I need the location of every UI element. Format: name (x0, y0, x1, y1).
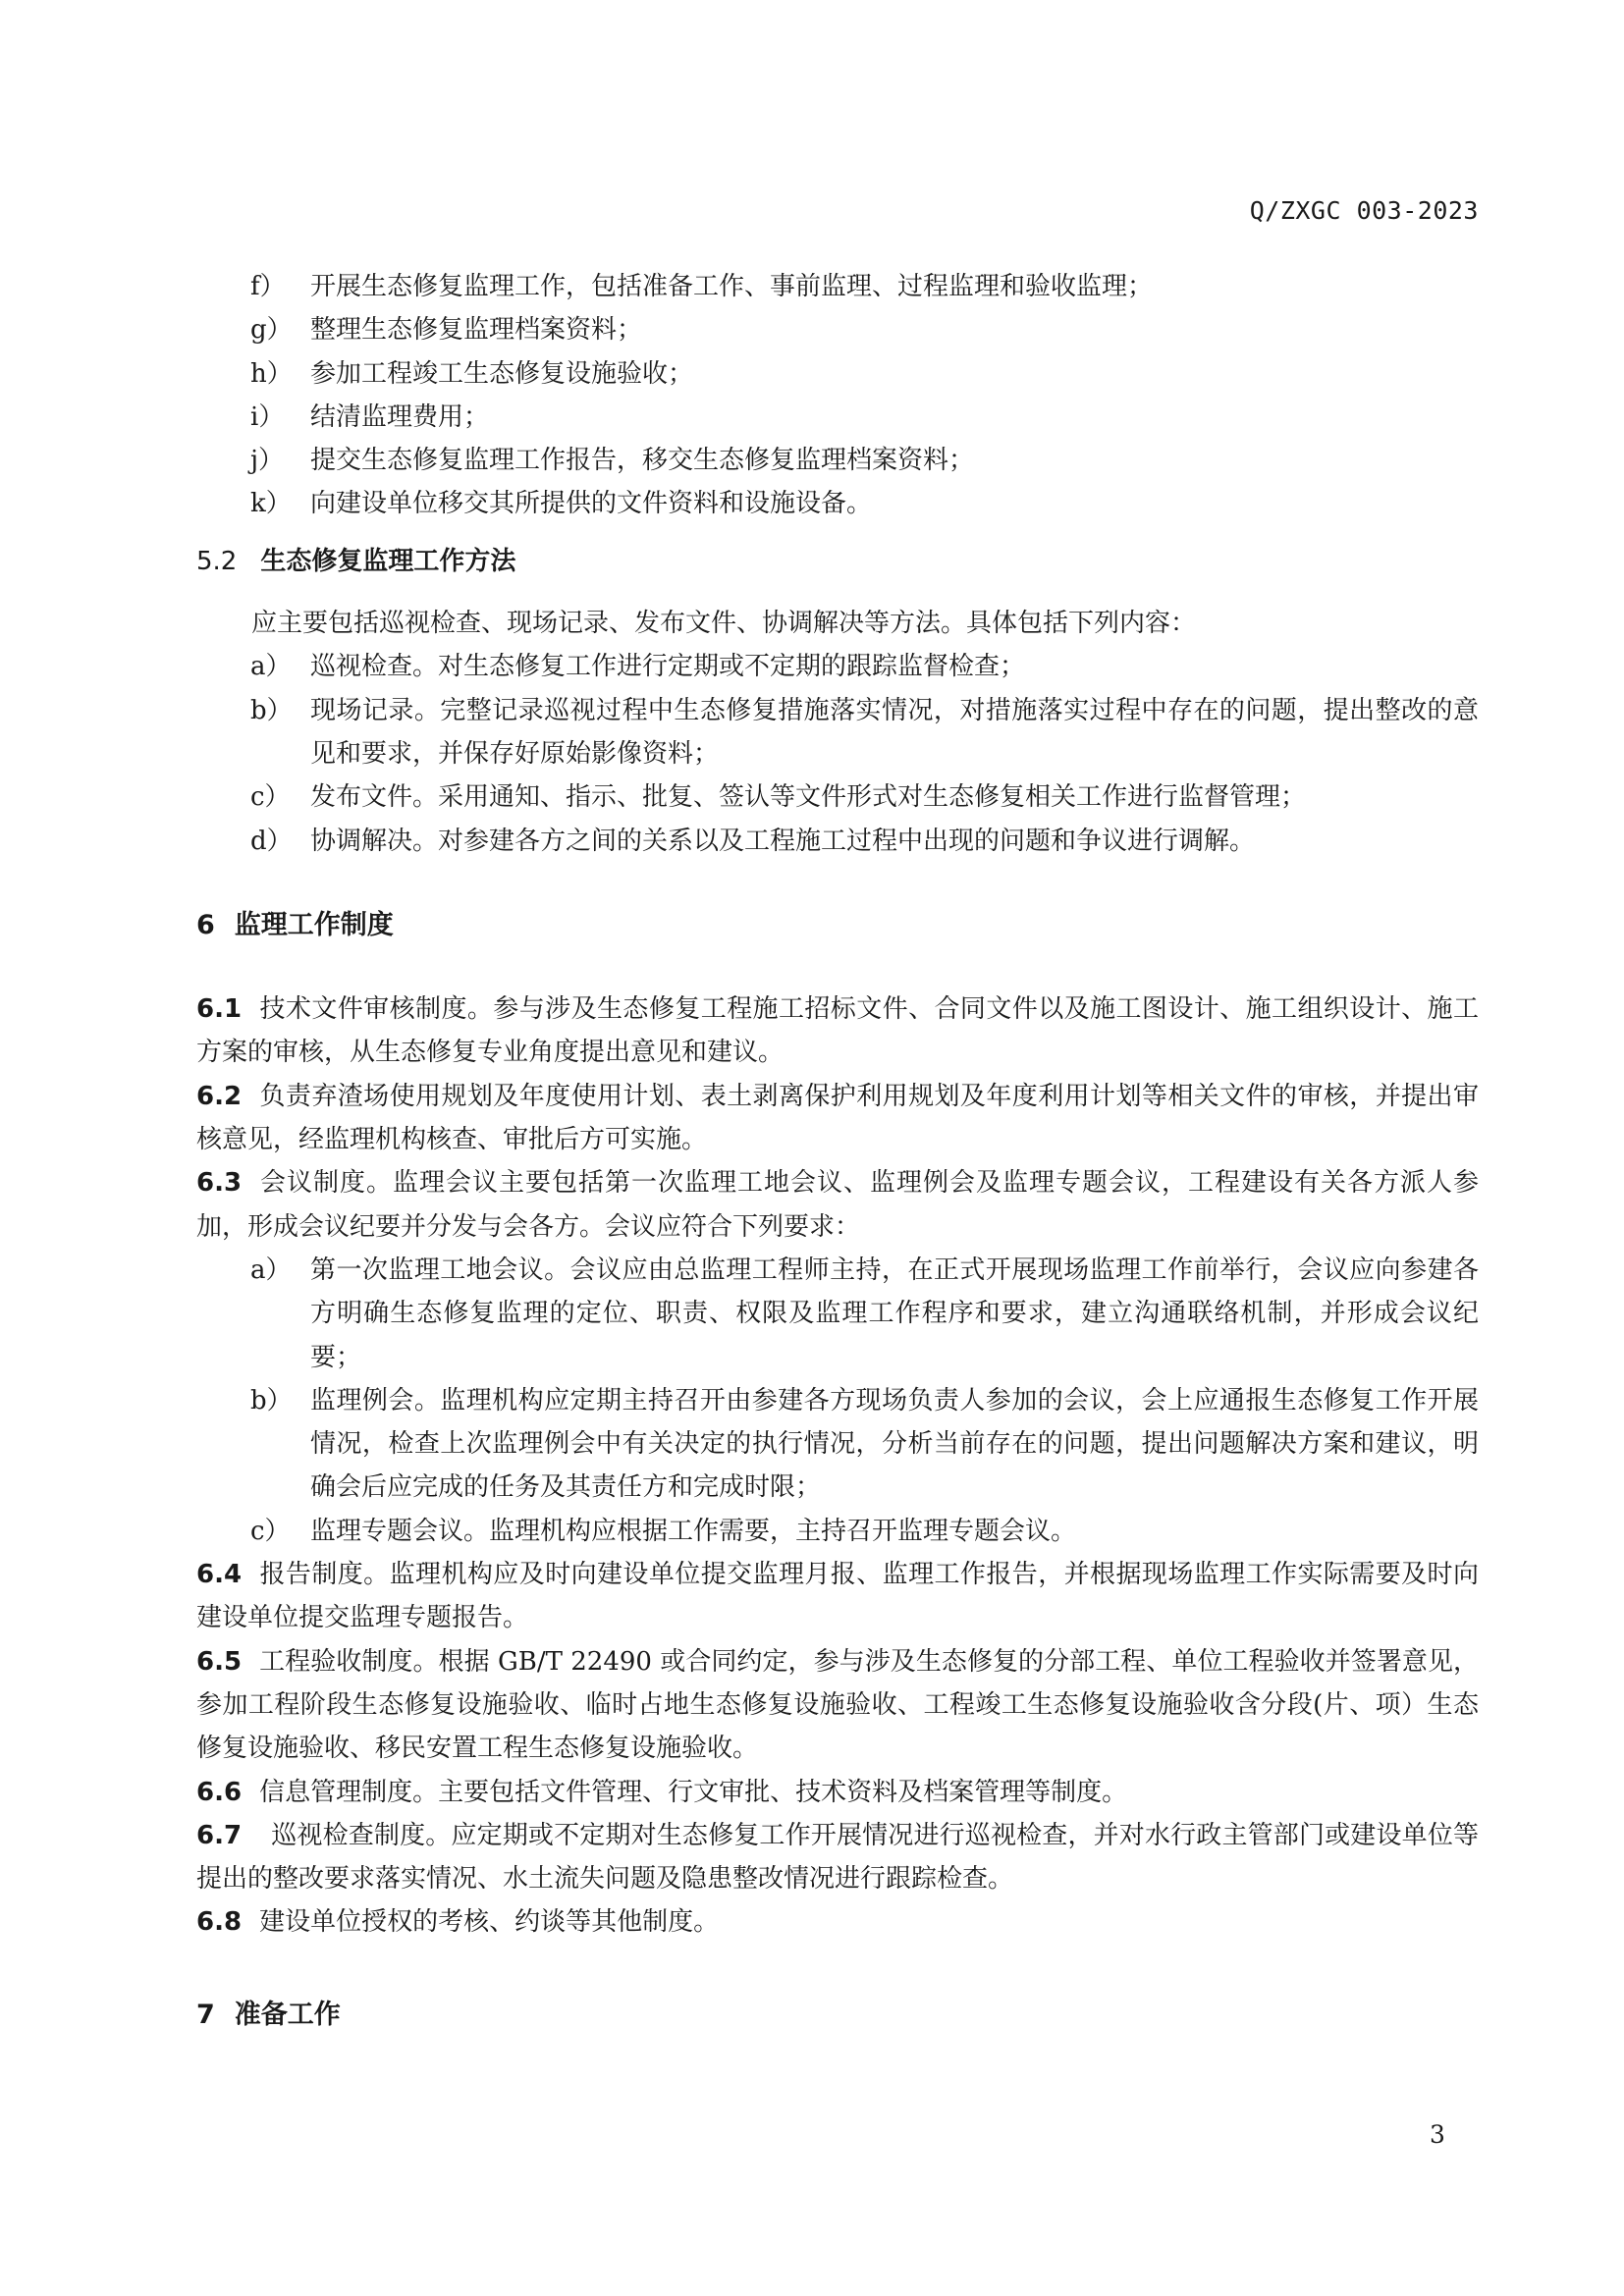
list-item: a）第一次监理工地会议。会议应由总监理工程师主持，在正式开展现场监理工作前举行，… (196, 1249, 1479, 1379)
section-heading-6: 6监理工作制度 (196, 904, 1479, 947)
list-label: i） (250, 396, 284, 439)
clause-text: 会议制度。监理会议主要包括第一次监理工地会议、监理例会及监理专题会议，工程建设有… (196, 1168, 1479, 1241)
section-number: 7 (196, 2000, 215, 2030)
section-heading-7: 7准备工作 (196, 1994, 1479, 2037)
clause-text: 报告制度。监理机构应及时向建设单位提交监理月报、监理工作报告，并根据现场监理工作… (196, 1560, 1479, 1632)
section-intro: 应主要包括巡视检查、现场记录、发布文件、协调解决等方法。具体包括下列内容： (196, 602, 1479, 645)
list-label: f） (250, 265, 286, 308)
list-item: f）开展生态修复监理工作，包括准备工作、事前监理、过程监理和验收监理； (196, 265, 1479, 308)
duties-list: f）开展生态修复监理工作，包括准备工作、事前监理、过程监理和验收监理； g）整理… (196, 265, 1479, 526)
clause-number: 6.5 (196, 1647, 242, 1677)
list-label: a） (250, 645, 292, 688)
list-item: a）巡视检查。对生态修复工作进行定期或不定期的跟踪监督检查； (196, 645, 1479, 688)
page-content: f）开展生态修复监理工作，包括准备工作、事前监理、过程监理和验收监理； g）整理… (196, 265, 1479, 2037)
list-label: c） (250, 1510, 291, 1553)
list-text: 结清监理费用； (310, 396, 1479, 439)
list-label: d） (250, 820, 293, 863)
clause: 6.6信息管理制度。主要包括文件管理、行文审批、技术资料及档案管理等制度。 (196, 1771, 1479, 1814)
list-item: h）参加工程竣工生态修复设施验收； (196, 352, 1479, 396)
methods-list: a）巡视检查。对生态修复工作进行定期或不定期的跟踪监督检查； b）现场记录。完整… (196, 645, 1479, 862)
clause-number: 6.2 (196, 1082, 242, 1111)
clause: 6.5工程验收制度。根据 GB/T 22490 或合同约定，参与涉及生态修复的分… (196, 1640, 1479, 1771)
list-item: c）发布文件。采用通知、指示、批复、签认等文件形式对生态修复相关工作进行监督管理… (196, 775, 1479, 819)
section-title: 生态修复监理工作方法 (260, 547, 515, 576)
list-label: j） (250, 439, 284, 482)
section-number: 6 (196, 910, 215, 940)
clause-text: 信息管理制度。主要包括文件管理、行文审批、技术资料及档案管理等制度。 (259, 1778, 1127, 1807)
list-label: a） (250, 1249, 292, 1292)
section-number: 5.2 (196, 547, 237, 576)
list-text: 整理生态修复监理档案资料； (310, 308, 1479, 351)
clause: 6.8建设单位授权的考核、约谈等其他制度。 (196, 1900, 1479, 1944)
list-text: 向建设单位移交其所提供的文件资料和设施设备。 (310, 482, 1479, 525)
list-label: b） (250, 1379, 293, 1422)
list-item: b）监理例会。监理机构应定期主持召开由参建各方现场负责人参加的会议，会上应通报生… (196, 1379, 1479, 1510)
list-item: c）监理专题会议。监理机构应根据工作需要，主持召开监理专题会议。 (196, 1510, 1479, 1553)
list-label: k） (250, 482, 292, 525)
list-label: b） (250, 689, 293, 732)
list-item: k）向建设单位移交其所提供的文件资料和设施设备。 (196, 482, 1479, 525)
list-text: 第一次监理工地会议。会议应由总监理工程师主持，在正式开展现场监理工作前举行，会议… (310, 1249, 1479, 1379)
list-item: i）结清监理费用； (196, 396, 1479, 439)
list-label: c） (250, 775, 291, 819)
clause: 6.1技术文件审核制度。参与涉及生态修复工程施工招标文件、合同文件以及施工图设计… (196, 988, 1479, 1075)
list-label: g） (250, 308, 293, 351)
clause-text: 建设单位授权的考核、约谈等其他制度。 (259, 1907, 719, 1937)
clause: 6.4报告制度。监理机构应及时向建设单位提交监理月报、监理工作报告，并根据现场监… (196, 1553, 1479, 1640)
list-text: 监理专题会议。监理机构应根据工作需要，主持召开监理专题会议。 (310, 1510, 1479, 1553)
list-text: 参加工程竣工生态修复设施验收； (310, 352, 1479, 396)
clauses-6: 6.1技术文件审核制度。参与涉及生态修复工程施工招标文件、合同文件以及施工图设计… (196, 988, 1479, 1945)
list-text: 监理例会。监理机构应定期主持召开由参建各方现场负责人参加的会议，会上应通报生态修… (310, 1379, 1479, 1510)
clause-text: 负责弃渣场使用规划及年度使用计划、表土剥离保护利用规划及年度利用计划等相关文件的… (196, 1082, 1479, 1154)
clause-number: 6.3 (196, 1168, 242, 1198)
clause-text: 巡视检查制度。应定期或不定期对生态修复工作开展情况进行巡视检查，并对水行政主管部… (196, 1821, 1479, 1894)
list-label: h） (250, 352, 293, 396)
list-item: b）现场记录。完整记录巡视过程中生态修复措施落实情况，对措施落实过程中存在的问题… (196, 689, 1479, 776)
section-title: 监理工作制度 (235, 910, 394, 940)
list-text: 开展生态修复监理工作，包括准备工作、事前监理、过程监理和验收监理； (310, 265, 1479, 308)
clause-number: 6.8 (196, 1907, 242, 1937)
clause-text: 工程验收制度。根据 GB/T 22490 或合同约定，参与涉及生态修复的分部工程… (196, 1647, 1479, 1764)
list-text: 提交生态修复监理工作报告，移交生态修复监理档案资料； (310, 439, 1479, 482)
document-code: Q/ZXGC 003-2023 (1250, 196, 1479, 225)
list-item: j）提交生态修复监理工作报告，移交生态修复监理档案资料； (196, 439, 1479, 482)
section-title: 准备工作 (235, 2000, 341, 2030)
list-item: g）整理生态修复监理档案资料； (196, 308, 1479, 351)
page-number: 3 (1430, 2120, 1445, 2149)
list-text: 发布文件。采用通知、指示、批复、签认等文件形式对生态修复相关工作进行监督管理； (310, 775, 1479, 819)
clause-text: 技术文件审核制度。参与涉及生态修复工程施工招标文件、合同文件以及施工图设计、施工… (196, 994, 1479, 1067)
clause-number: 6.6 (196, 1778, 242, 1807)
clause-number: 6.7 (196, 1821, 242, 1850)
clause-number: 6.1 (196, 994, 242, 1024)
clause-number: 6.4 (196, 1560, 242, 1589)
list-item: d）协调解决。对参建各方之间的关系以及工程施工过程中出现的问题和争议进行调解。 (196, 820, 1479, 863)
list-text: 巡视检查。对生态修复工作进行定期或不定期的跟踪监督检查； (310, 645, 1479, 688)
list-text: 现场记录。完整记录巡视过程中生态修复措施落实情况，对措施落实过程中存在的问题，提… (310, 689, 1479, 776)
section-heading-5-2: 5.2生态修复监理工作方法 (196, 540, 1479, 583)
clause: 6.7巡视检查制度。应定期或不定期对生态修复工作开展情况进行巡视检查，并对水行政… (196, 1814, 1479, 1901)
list-text: 协调解决。对参建各方之间的关系以及工程施工过程中出现的问题和争议进行调解。 (310, 820, 1479, 863)
clause: 6.3会议制度。监理会议主要包括第一次监理工地会议、监理例会及监理专题会议，工程… (196, 1161, 1479, 1249)
clause: 6.2负责弃渣场使用规划及年度使用计划、表土剥离保护利用规划及年度利用计划等相关… (196, 1075, 1479, 1162)
document-page: Q/ZXGC 003-2023 f）开展生态修复监理工作，包括准备工作、事前监理… (0, 0, 1624, 2296)
